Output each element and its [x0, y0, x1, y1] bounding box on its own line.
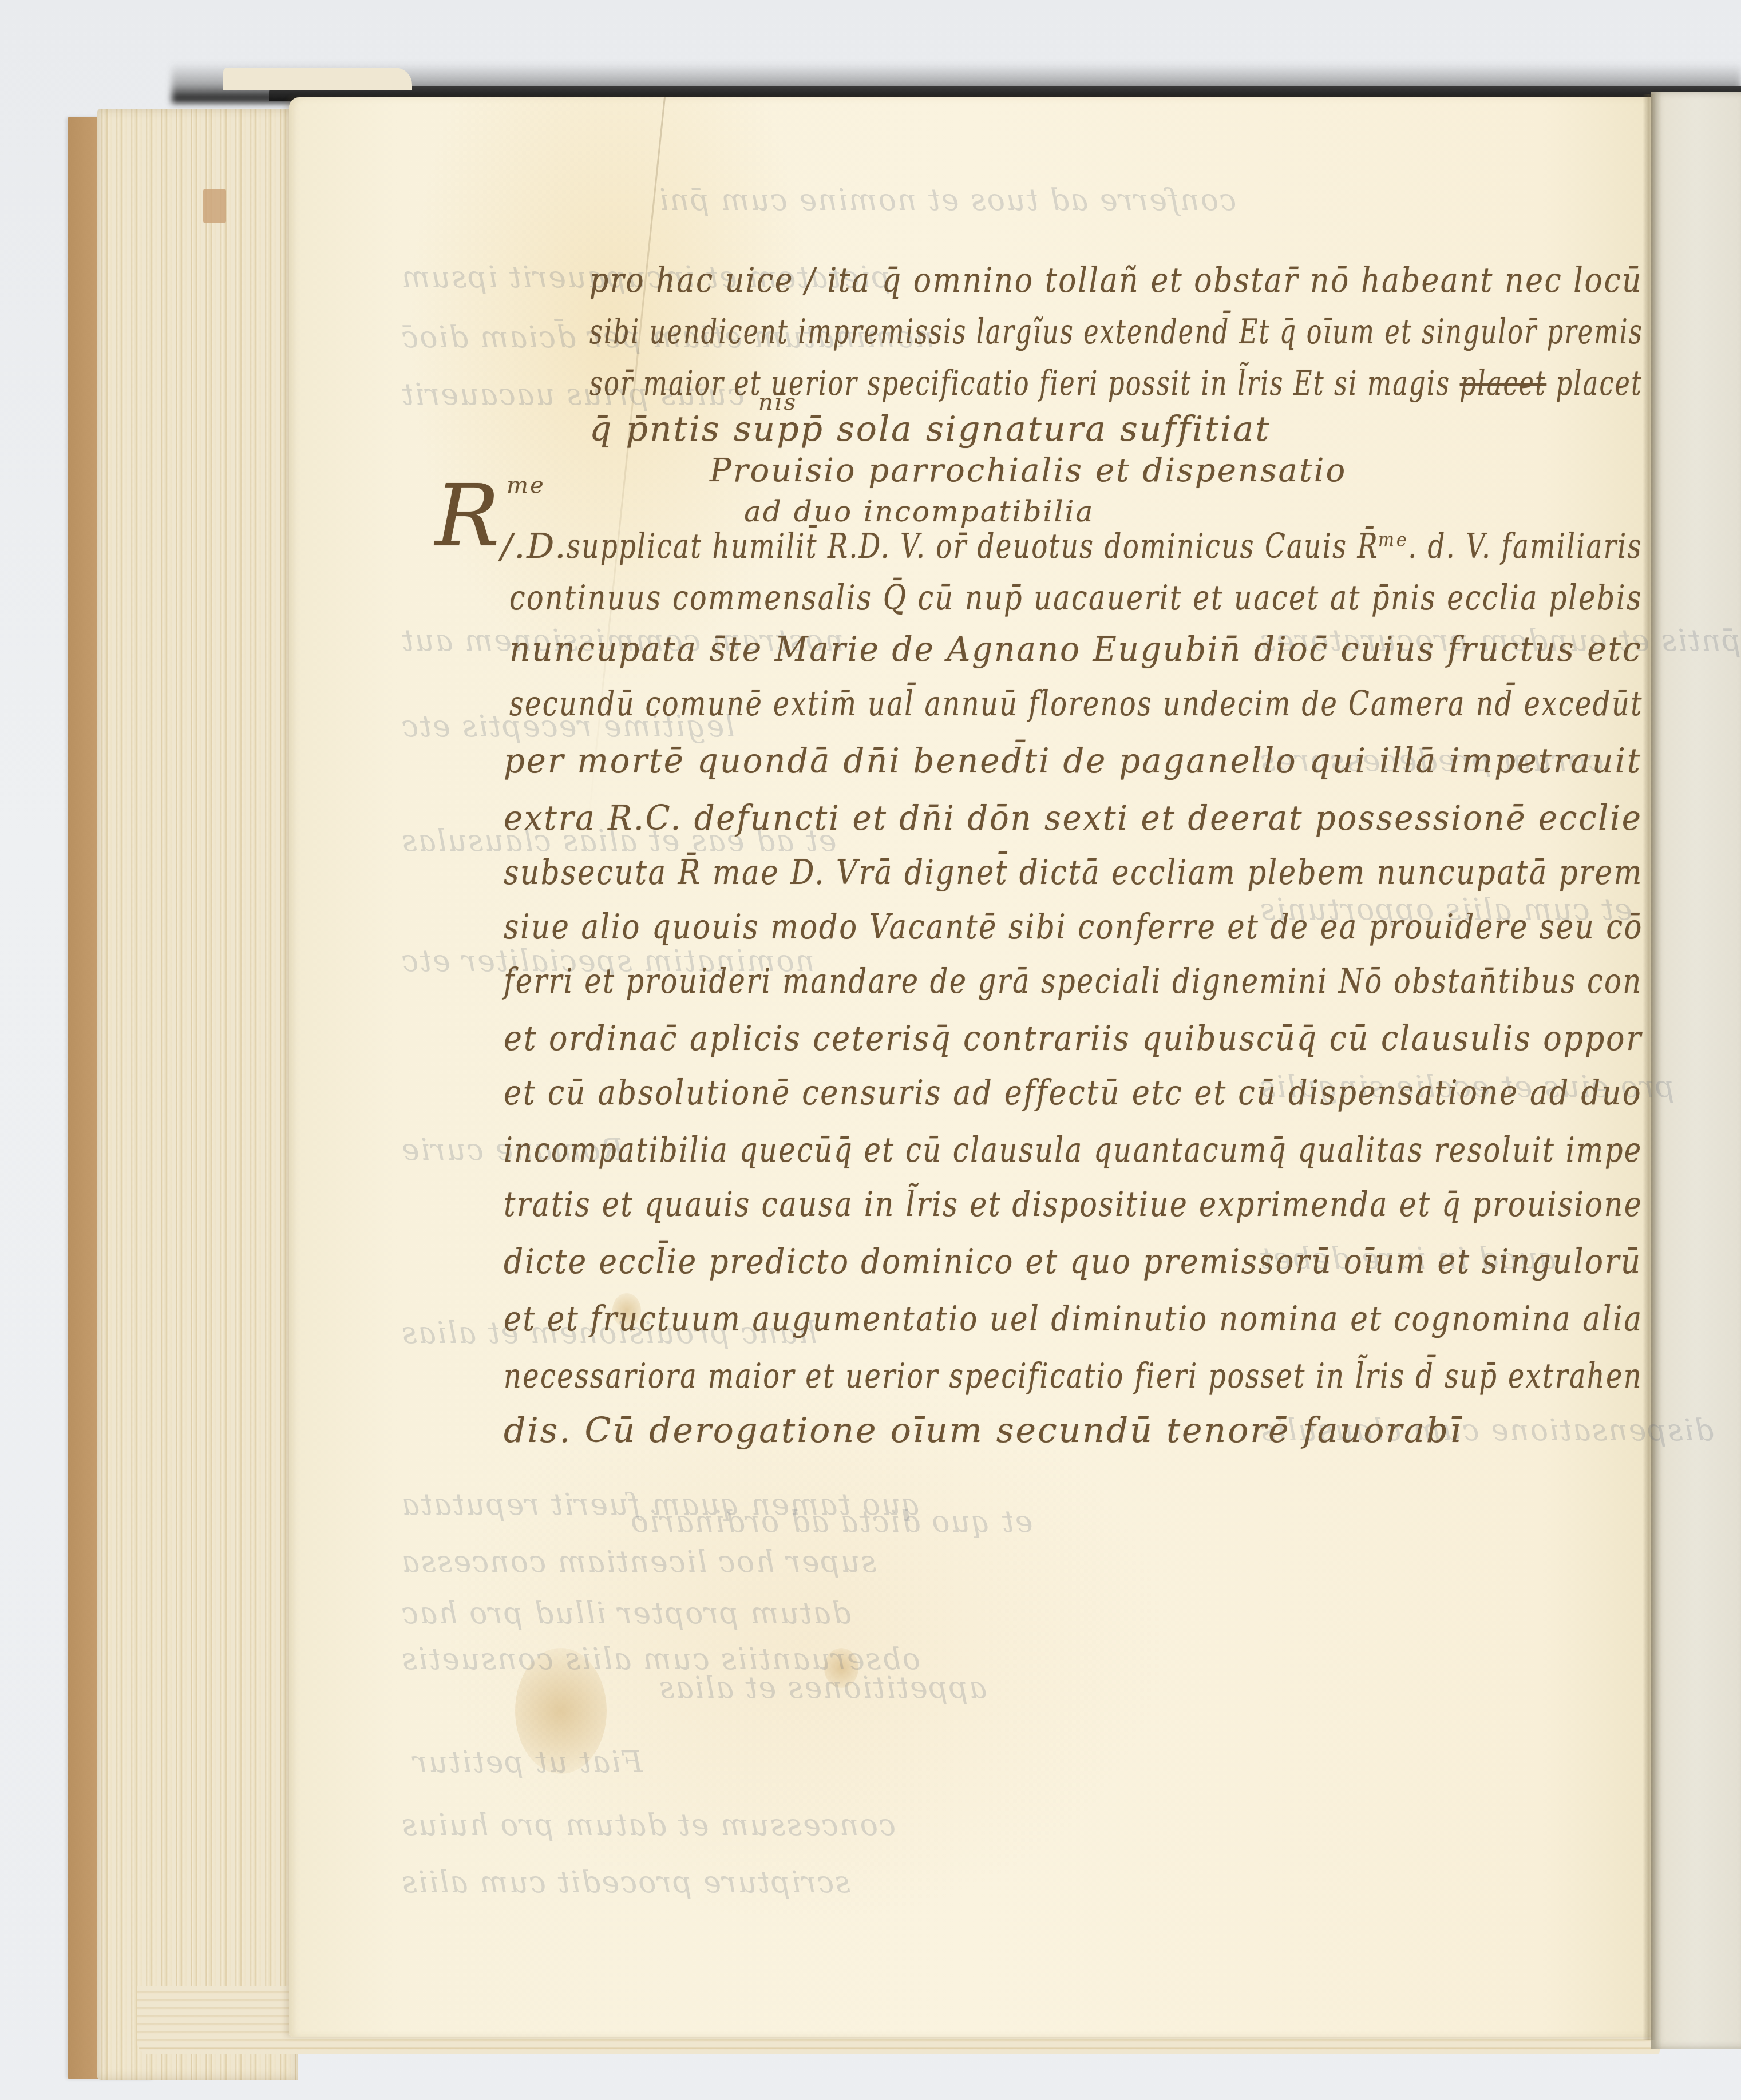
ghost-line: conferre ad tuos et nomine cum p̄ni — [658, 183, 1236, 217]
initial-letter: R — [435, 466, 501, 566]
ghost-line: concessum et datum pro huius — [401, 1808, 896, 1843]
block2-line: supplicat humilit̄ R.D. V. or̄ deuotus d… — [567, 526, 1643, 566]
block1-line: sibi uendicent impremissis largĩus exte… — [589, 312, 1643, 352]
ghost-line: super hoc licentiam concessa — [401, 1545, 876, 1579]
block2-line: nuncupata s̄te Marie de Agnano Eugubin̄ … — [509, 629, 1642, 669]
initial-superscript: me — [507, 472, 545, 498]
ghost-line: scripture procedit cum aliis — [401, 1865, 850, 1900]
ghost-line: et quo dicta ad ordinario — [630, 1505, 1032, 1539]
block1-line: pro hac uice / ita q̄ omnino tollañ et … — [589, 260, 1643, 300]
block2-line: per mortē quondā dn̄i bened̄ti de paga… — [504, 741, 1642, 781]
ghost-line: appetitiones et alias — [658, 1671, 987, 1705]
block2-line: et ordinac̄ aplicis ceterisq̄ contrariis… — [504, 1019, 1643, 1059]
line-text: placet — [1556, 363, 1643, 403]
initial-follow: /.D. — [501, 526, 567, 566]
block2-line: et et fructuum augumentatio uel diminuti… — [504, 1299, 1643, 1339]
page-edge-stack — [97, 109, 298, 2080]
block2-line: et cū absolutionē censuris ad effectū… — [504, 1073, 1642, 1113]
heading-line: Prouisio parrochialis et dispensatio — [710, 452, 1347, 489]
block2-line: ferri et prouideri mandare de grā speci… — [504, 961, 1643, 1001]
edge-stain — [203, 189, 226, 223]
block2-line: tratis et quauis causa in l̃ris et dispo… — [504, 1184, 1643, 1225]
ghost-line: datum propter illud pro hac — [401, 1596, 851, 1631]
block2-line: dicte eccl̄ie predicto dominico et quo p… — [504, 1242, 1642, 1282]
block2-line: incompatibilia quecūq̄ et cū clausula … — [504, 1130, 1643, 1170]
block1-line: sor̄ maior et uerior specificatio fieri … — [589, 363, 1643, 403]
block2-line: extra R.C. defuncti et dn̄i dōn sexti e… — [504, 798, 1643, 838]
ghost-line: Fiat ut petitur — [412, 1745, 643, 1780]
block2-line: dis. Cū derogatione oīum secundū teno… — [504, 1410, 1462, 1451]
block2-line: subsecuta R̄ mae D. Vrā dignet̄ dictā … — [504, 853, 1643, 893]
line-text: sor̄ maior et uerior specificatio fieri … — [589, 363, 1450, 403]
block2-line: continuus commensalis Q̄ cū nup̄ uacaue… — [509, 578, 1643, 618]
block2-line: necessariora maior et uerior specificati… — [504, 1356, 1643, 1396]
page-edge-tab — [223, 68, 412, 90]
struck-word: placet — [1460, 363, 1547, 403]
block2-line: siue alio quouis modo Vacantē sibi conf… — [504, 907, 1643, 947]
heading-line: ad duo incompatibilia — [744, 495, 1094, 528]
block2-line: secundū comunē extim̄ ual̄ annuū flor… — [509, 684, 1643, 724]
gutter-shadow — [1643, 94, 1655, 2040]
block1-line: q̄ p̄ntis supp̄ sola signatura suffitiat — [589, 409, 1271, 449]
